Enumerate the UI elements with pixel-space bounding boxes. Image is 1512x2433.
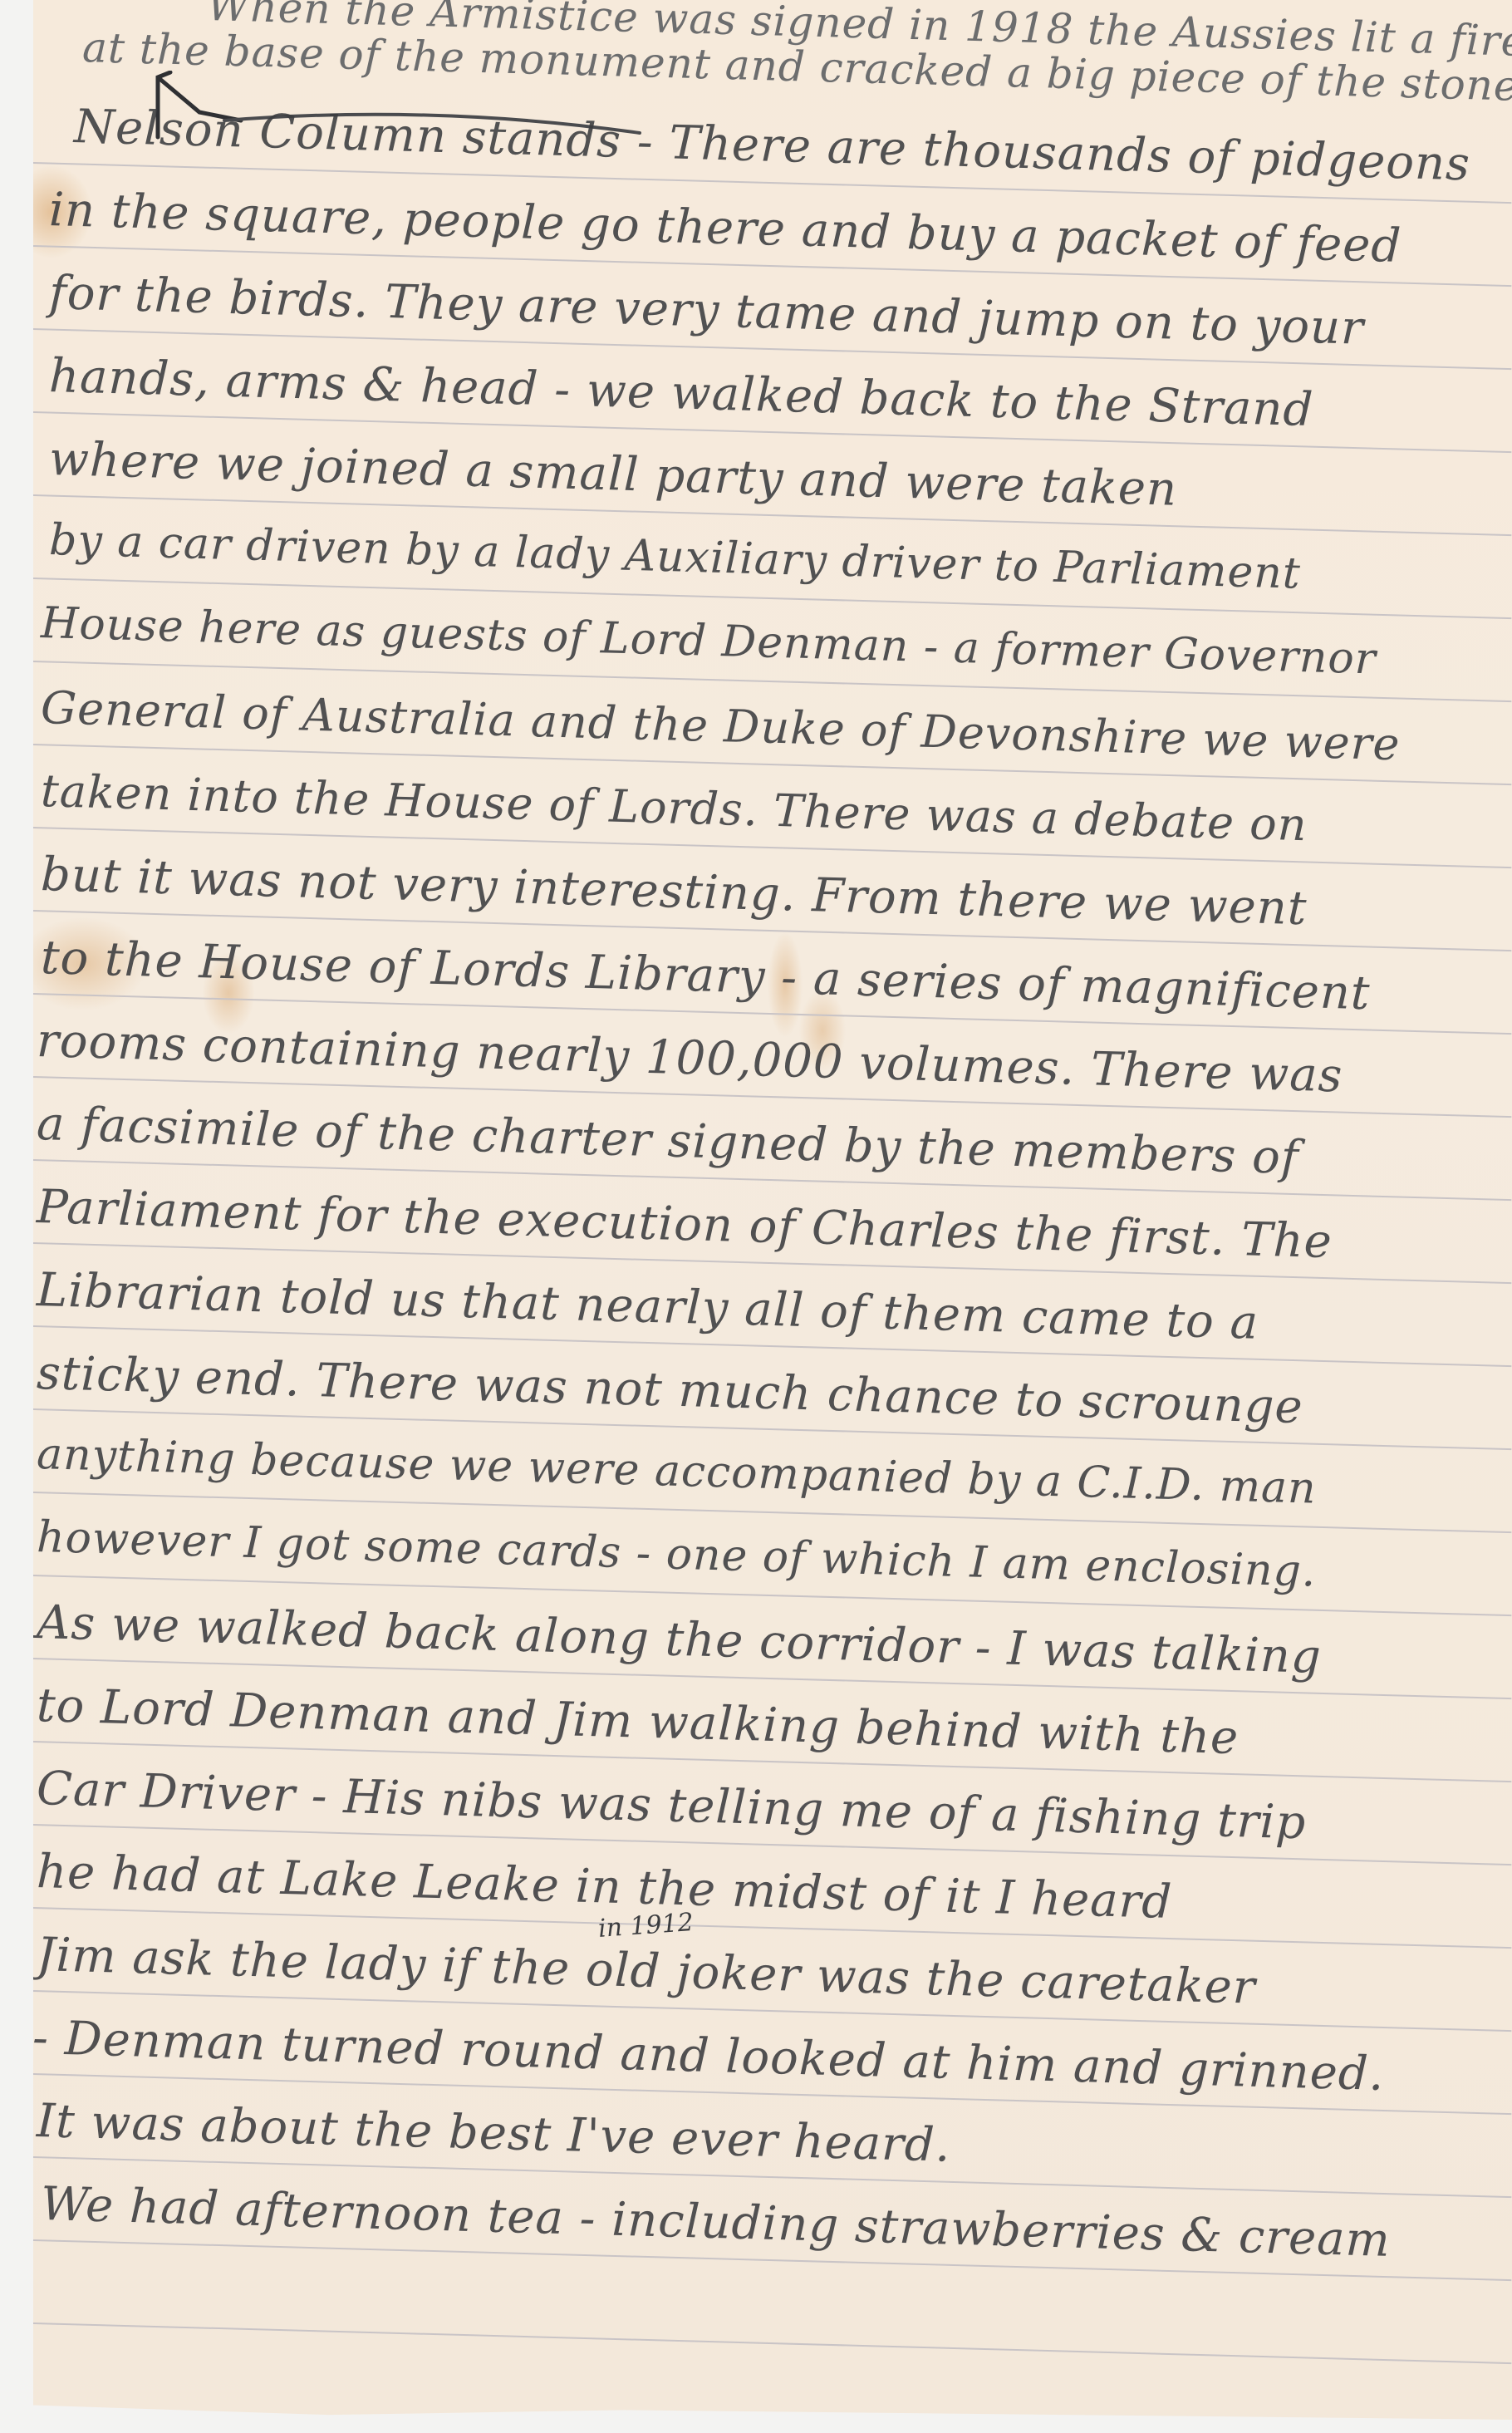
caret-insertion-note: in 1912 (597, 1908, 695, 1944)
letter-line: Nelson Column stands - There are thousan… (73, 100, 1512, 194)
letter-page: When the Armistice was signed in 1918 th… (33, 0, 1512, 2420)
page-bottom-margin (0, 2420, 1512, 2433)
rule-line (33, 2322, 1511, 2364)
